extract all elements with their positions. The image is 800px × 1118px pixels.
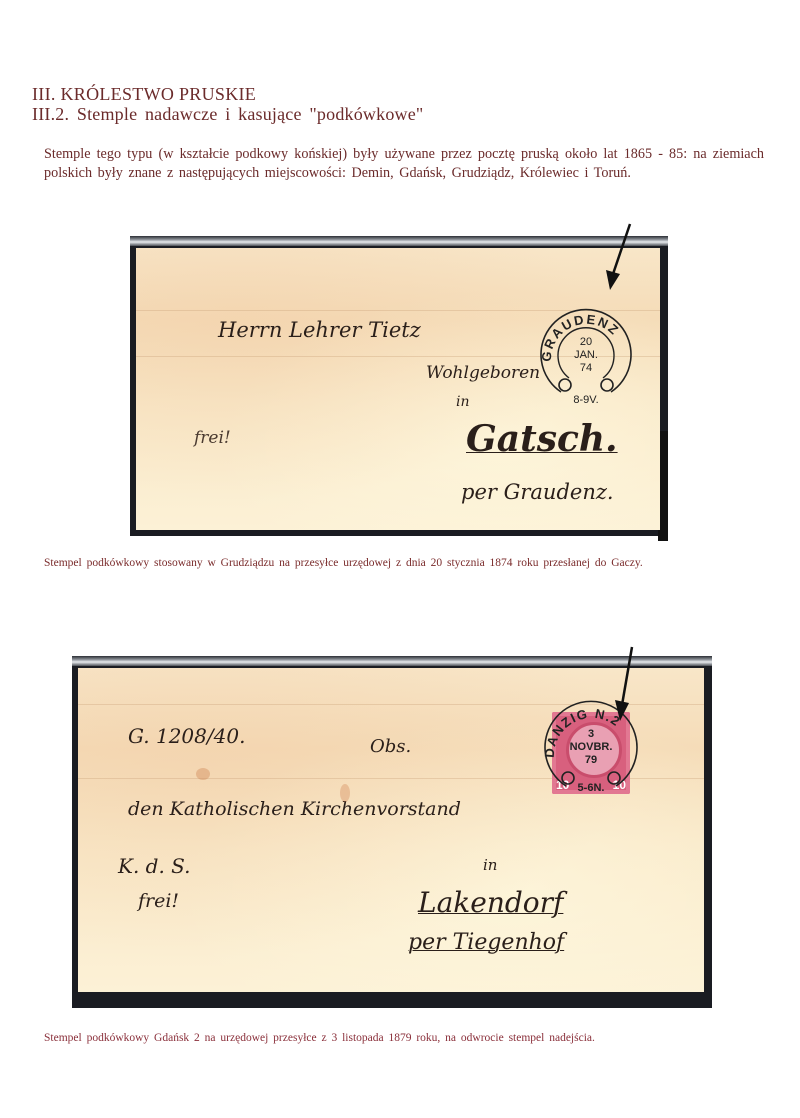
envelope-paper: Herrn Lehrer Tietz Wohlgeboren in Gatsch… [136,248,660,530]
postmark-day: 20 [531,336,641,349]
franking-note: frei! [194,428,231,448]
service-mark: Obs. [370,736,411,757]
address-via: per Graudenz. [461,480,614,504]
address-via: per Tiegenhof [408,930,564,955]
postmark-time: 5-6N. [536,782,646,794]
cover-graudenz: Herrn Lehrer Tietz Wohlgeboren in Gatsch… [130,236,668,536]
postmark-time: 8-9V. [531,394,641,406]
envelope-paper: G. 1208/40. Obs. den Katholischen Kirche… [78,668,704,992]
address-town: Gatsch. [466,418,618,460]
horseshoe-postmark: GRAUDENZ 20 JAN. 74 8-9V. [531,296,641,406]
caption-danzig: Stempel podkówkowy Gdańsk 2 na urzędowej… [44,1032,764,1044]
postmark-month: JAN. [531,349,641,362]
address-line-1: Herrn Lehrer Tietz [218,318,421,342]
postmark-month: NOVBR. [536,741,646,754]
address-line-2: in [483,856,497,874]
sleeve-gloss [130,236,668,246]
address-town: Lakendorf [418,886,563,919]
arrow-icon [600,222,640,292]
postmark-day: 3 [536,728,646,741]
arrow-icon [612,645,652,725]
address-line-1: den Katholischen Kirchenvorstand [128,798,461,820]
address-line-2: Wohlgeboren [426,363,540,383]
subsection-title: III.2. Stemple nadawcze i kasujące "podk… [32,104,423,125]
intro-paragraph: Stemple tego typu (w kształcie podkowy k… [44,145,764,183]
reference-number: G. 1208/40. [128,724,245,748]
address-line-3: in [456,394,470,410]
note-line-1: K. d. S. [118,854,191,878]
section-title: III. KRÓLESTWO PRUSKIE [32,84,256,105]
postmark-year: 79 [536,754,646,767]
note-line-2: frei! [138,890,179,912]
caption-graudenz: Stempel podkówkowy stosowany w Grudziądz… [44,557,764,569]
postmark-year: 74 [531,362,641,375]
